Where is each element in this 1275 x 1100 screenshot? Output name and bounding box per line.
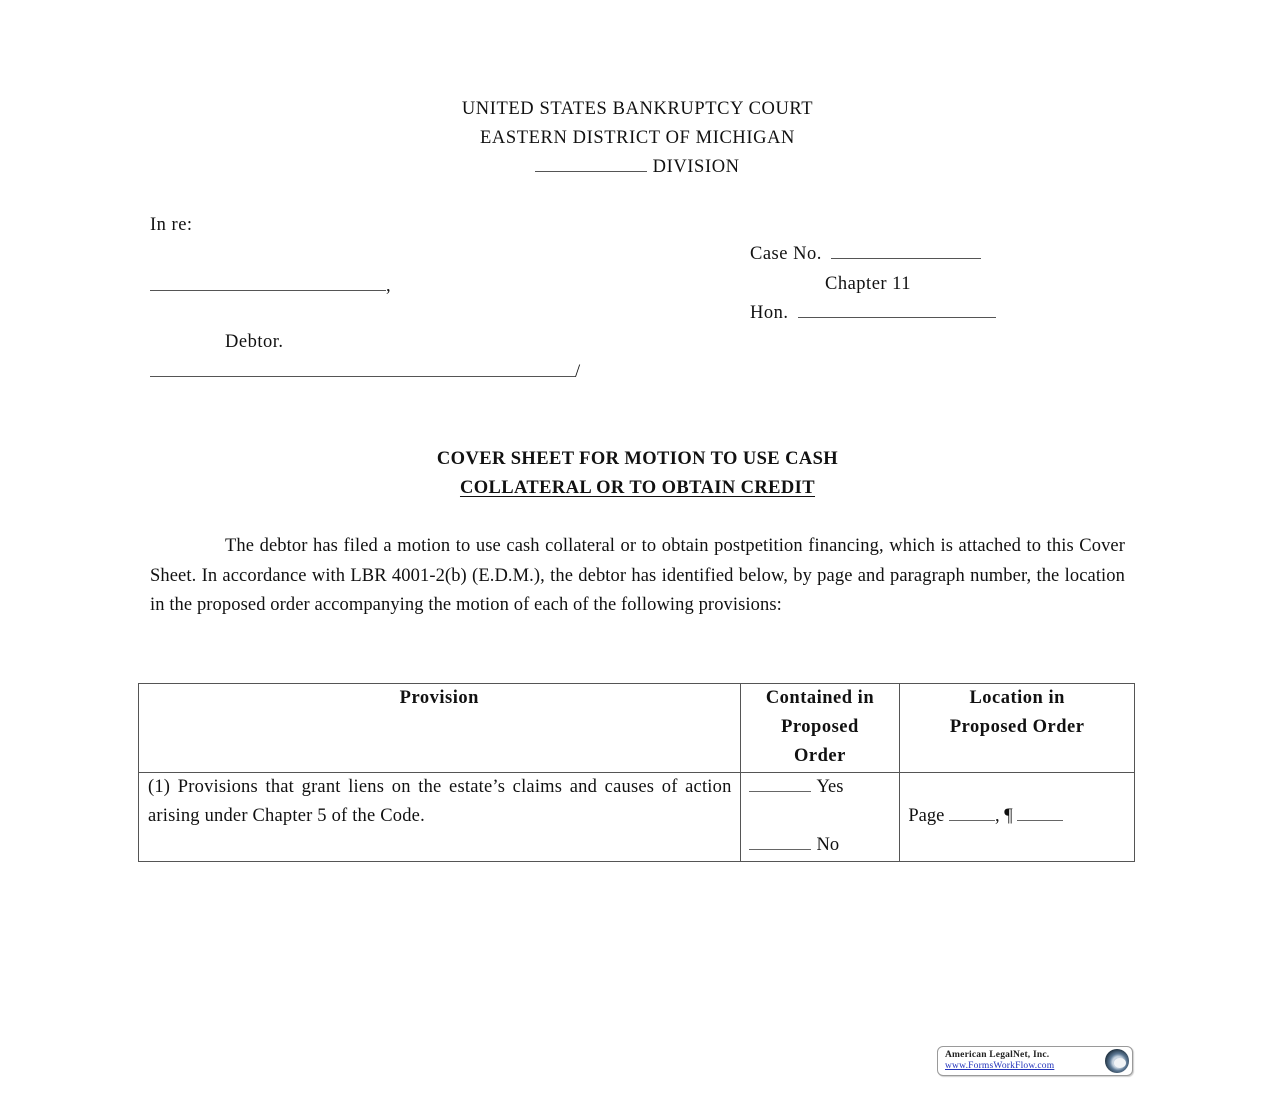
debtor-name-line: , [150,276,391,297]
page-blank[interactable] [949,820,995,821]
header-contained-line3: Order [749,742,892,771]
header-contained-line2: Proposed [749,713,892,742]
header-contained-line1: Contained in [749,684,892,713]
court-division: DIVISION [0,157,1275,178]
header-location-line1: Location in [908,684,1126,713]
document-title-line1: COVER SHEET FOR MOTION TO USE CASH [0,449,1275,470]
debtor-name-blank[interactable] [150,289,386,291]
in-re-label: In re: [150,215,193,236]
case-no-label: Case No. [750,244,822,264]
court-name: UNITED STATES BANKRUPTCY COURT [0,99,1275,120]
globe-icon [1105,1049,1129,1073]
contained-cell: Yes No [740,772,900,861]
judge-blank[interactable] [798,316,996,318]
yes-label: Yes [817,777,844,797]
intro-text: The debtor has filed a motion to use cas… [150,536,1125,615]
caption-closing-line: / [150,362,581,383]
paragraph-symbol: ¶ [1004,806,1012,826]
debtor-label: Debtor. [225,332,283,353]
case-no-blank[interactable] [831,257,981,259]
judge: Hon. [750,303,996,324]
table-header-row: Provision Contained in Proposed Order Lo… [139,684,1135,773]
caption-closing-blank [150,375,575,377]
table-row: (1) Provisions that grant liens on the e… [139,772,1135,861]
document-title-line2: COLLATERAL OR TO OBTAIN CREDIT [0,478,1275,499]
no-option[interactable]: No [749,831,892,860]
provisions-table: Provision Contained in Proposed Order Lo… [138,683,1135,862]
header-location: Location in Proposed Order [900,684,1135,773]
provision-cell: (1) Provisions that grant liens on the e… [139,772,741,861]
yes-blank[interactable] [749,791,811,792]
american-legalnet-logo[interactable]: American LegalNet, Inc. www.FormsWorkFlo… [937,1046,1133,1076]
paragraph-blank[interactable] [1017,820,1063,821]
logo-company-name: American LegalNet, Inc. [945,1050,1049,1060]
header-location-line2: Proposed Order [908,713,1126,742]
chapter-label: Chapter 11 [825,274,911,295]
no-blank[interactable] [749,849,811,850]
page-label: Page [908,806,944,826]
division-label: DIVISION [653,157,740,177]
no-label: No [817,835,840,855]
hon-label: Hon. [750,303,789,323]
yes-option[interactable]: Yes [749,773,892,802]
header-provision: Provision [139,684,741,773]
division-blank[interactable] [535,170,647,172]
location-cell: Page , ¶ [900,772,1135,861]
comma: , [386,276,391,296]
intro-paragraph: The debtor has filed a motion to use cas… [150,532,1125,621]
separator: , [995,806,1000,826]
court-district: EASTERN DISTRICT OF MICHIGAN [0,128,1275,149]
slash: / [575,362,581,382]
header-contained: Contained in Proposed Order [740,684,900,773]
document-title-underlined: COLLATERAL OR TO OBTAIN CREDIT [460,478,815,498]
case-no: Case No. [750,244,981,265]
logo-url-link[interactable]: www.FormsWorkFlow.com [945,1061,1054,1071]
